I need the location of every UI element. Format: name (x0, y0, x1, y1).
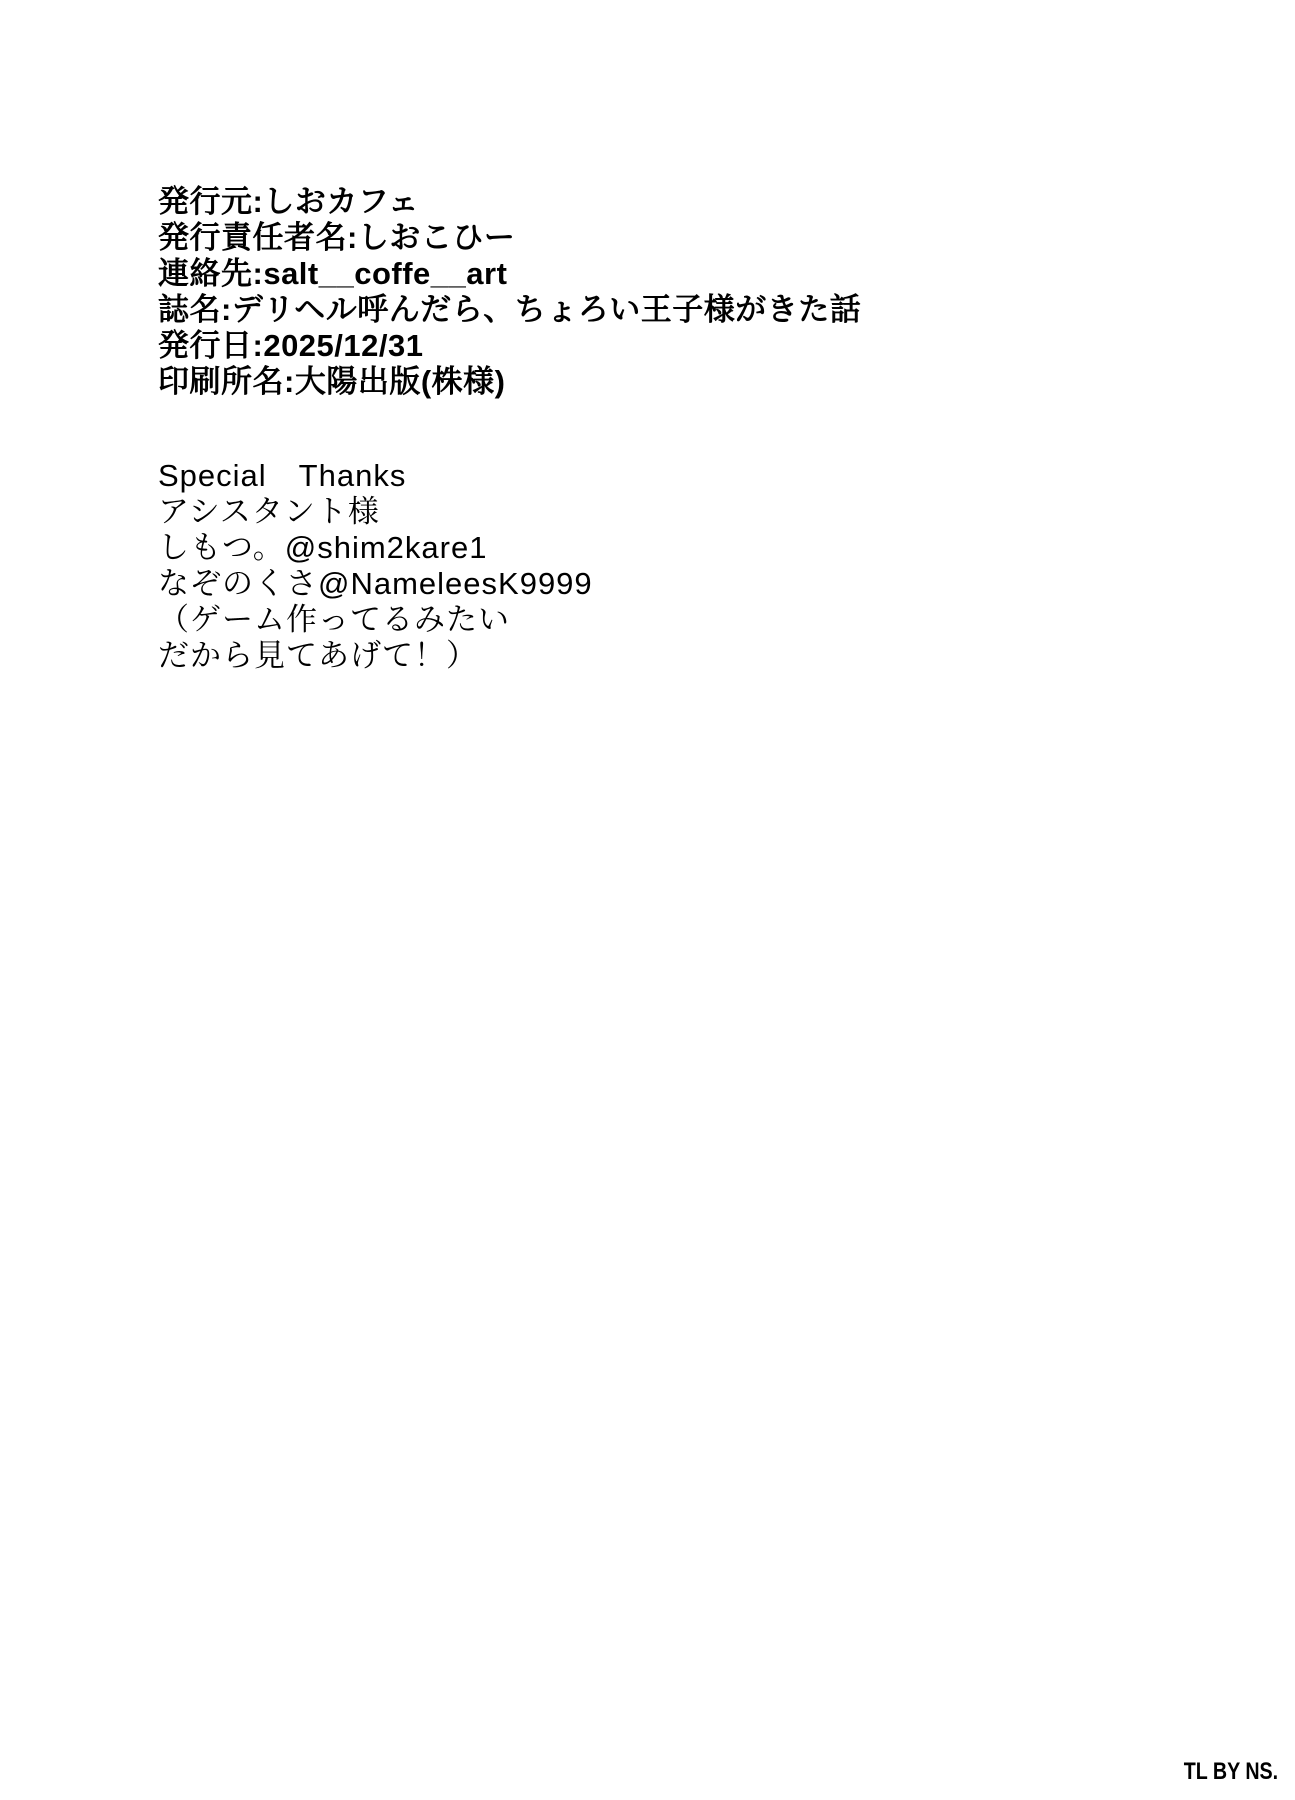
publication-info-line-title: 誌名:デリヘル呼んだら、ちょろい王子様がきた話 (158, 292, 861, 328)
special-thanks-title: Special Thanks (158, 458, 861, 494)
publication-info-line-responsible-person: 発行責任者名:しおこひー (158, 220, 861, 256)
special-thanks-line-nazonokusa: なぞのくさ@NameleesK9999 (158, 566, 861, 602)
special-thanks-line-shimotsu: しもつ。@shim2kare1 (158, 530, 861, 566)
publication-info-line-printer: 印刷所名:大陽出版(株様) (158, 364, 861, 400)
translator-credit: TL BY NS. (1184, 1758, 1278, 1786)
special-thanks-line-assistant: アシスタント様 (158, 494, 861, 530)
publication-info: 発行元:しおカフェ 発行責任者名:しおこひー 連絡先:salt__coffe__… (158, 184, 861, 400)
publication-info-line-publish-date: 発行日:2025/12/31 (158, 328, 861, 364)
colophon-page: 発行元:しおカフェ 発行責任者名:しおこひー 連絡先:salt__coffe__… (158, 184, 861, 674)
special-thanks-note-line-1: （ゲーム作ってるみたい (158, 602, 861, 638)
publication-info-line-publisher: 発行元:しおカフェ (158, 184, 861, 220)
special-thanks-section: Special Thanks アシスタント様 しもつ。@shim2kare1 な… (158, 458, 861, 674)
special-thanks-note-line-2: だから見てあげて！） (158, 638, 861, 674)
publication-info-line-contact: 連絡先:salt__coffe__art (158, 256, 861, 292)
